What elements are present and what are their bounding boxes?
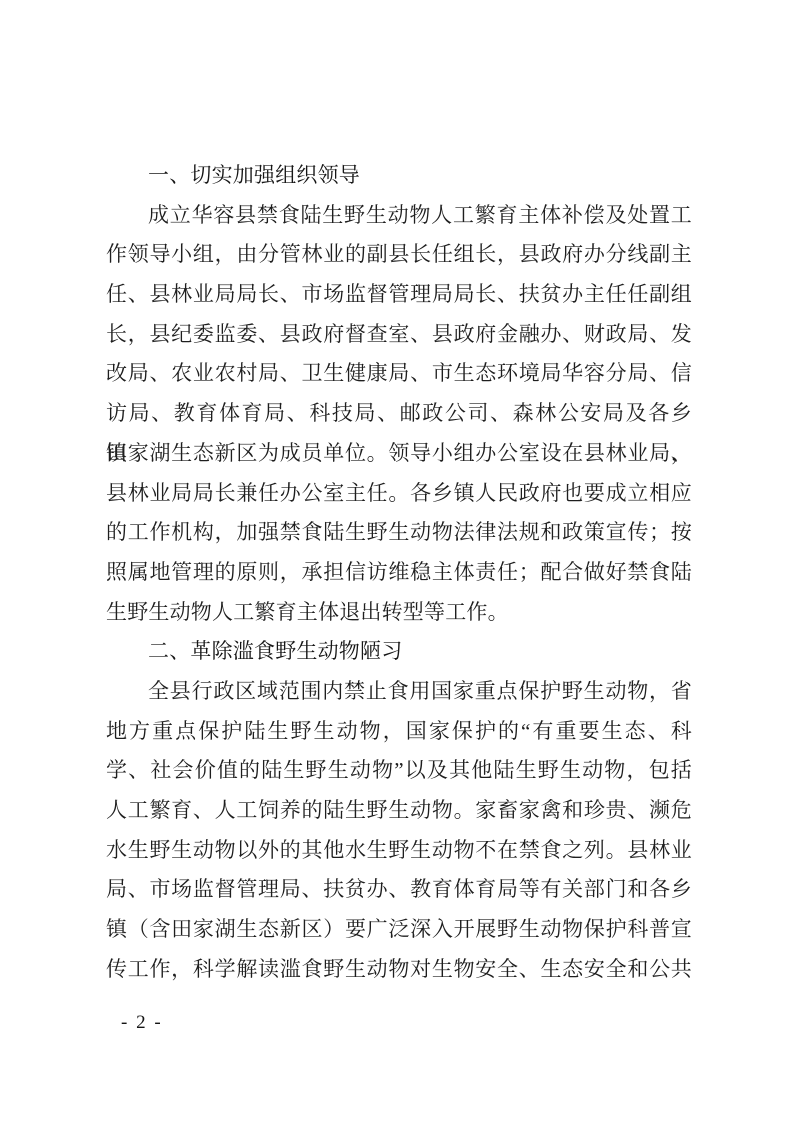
text-line: 任、县林业局局长、市场监督管理局局长、扶贫办主任任副组 (106, 275, 692, 315)
text-line: 学、社会价值的陆生野生动物”以及其他陆生野生动物，包括 (106, 751, 692, 791)
text-line: 地方重点保护陆生野生动物，国家保护的“有重要生态、科 (106, 712, 692, 752)
text-line: 改局、农业农村局、卫生健康局、市生态环境局华容分局、信 (106, 354, 692, 394)
text-line: 田家湖生态新区为成员单位。领导小组办公室设在县林业局， (106, 434, 692, 474)
page-number: - 2 - (121, 1008, 163, 1038)
text-line: 镇（含田家湖生态新区）要广泛深入开展野生动物保护科普宣 (106, 910, 692, 950)
text-line: 局、市场监督管理局、扶贫办、教育体育局等有关部门和各乡 (106, 870, 692, 910)
text-line: 的工作机构，加强禁食陆生野生动物法律法规和政策宣传；按 (106, 513, 692, 553)
text-line: 县林业局局长兼任办公室主任。各乡镇人民政府也要成立相应 (106, 474, 692, 514)
text-line: 作领导小组，由分管林业的副县长任组长，县政府办分线副主 (106, 235, 692, 275)
text-line: 全县行政区域范围内禁止食用国家重点保护野生动物，省 (106, 672, 692, 712)
text-line: 生野生动物人工繁育主体退出转型等工作。 (106, 593, 692, 633)
text-line: 照属地管理的原则，承担信访维稳主体责任；配合做好禁食陆 (106, 553, 692, 593)
text-line: 长，县纪委监委、县政府督查室、县政府金融办、财政局、发 (106, 315, 692, 355)
text-line: 人工繁育、人工饲养的陆生野生动物。家畜家禽和珍贵、濒危 (106, 791, 692, 831)
section-heading-1: 一、切实加强组织领导 (106, 156, 692, 196)
text-line: 水生野生动物以外的其他水生野生动物不在禁食之列。县林业 (106, 831, 692, 871)
text-line: 成立华容县禁食陆生野生动物人工繁育主体补偿及处置工 (106, 196, 692, 236)
text-line: 访局、教育体育局、科技局、邮政公司、森林公安局及各乡镇、 (106, 394, 692, 434)
document-text-block: 一、切实加强组织领导 成立华容县禁食陆生野生动物人工繁育主体补偿及处置工 作领导… (106, 156, 692, 989)
section-heading-2: 二、革除滥食野生动物陋习 (106, 632, 692, 672)
text-line: 传工作，科学解读滥食野生动物对生物安全、生态安全和公共 (106, 950, 692, 990)
document-page: 一、切实加强组织领导 成立华容县禁食陆生野生动物人工繁育主体补偿及处置工 作领导… (0, 0, 793, 1122)
